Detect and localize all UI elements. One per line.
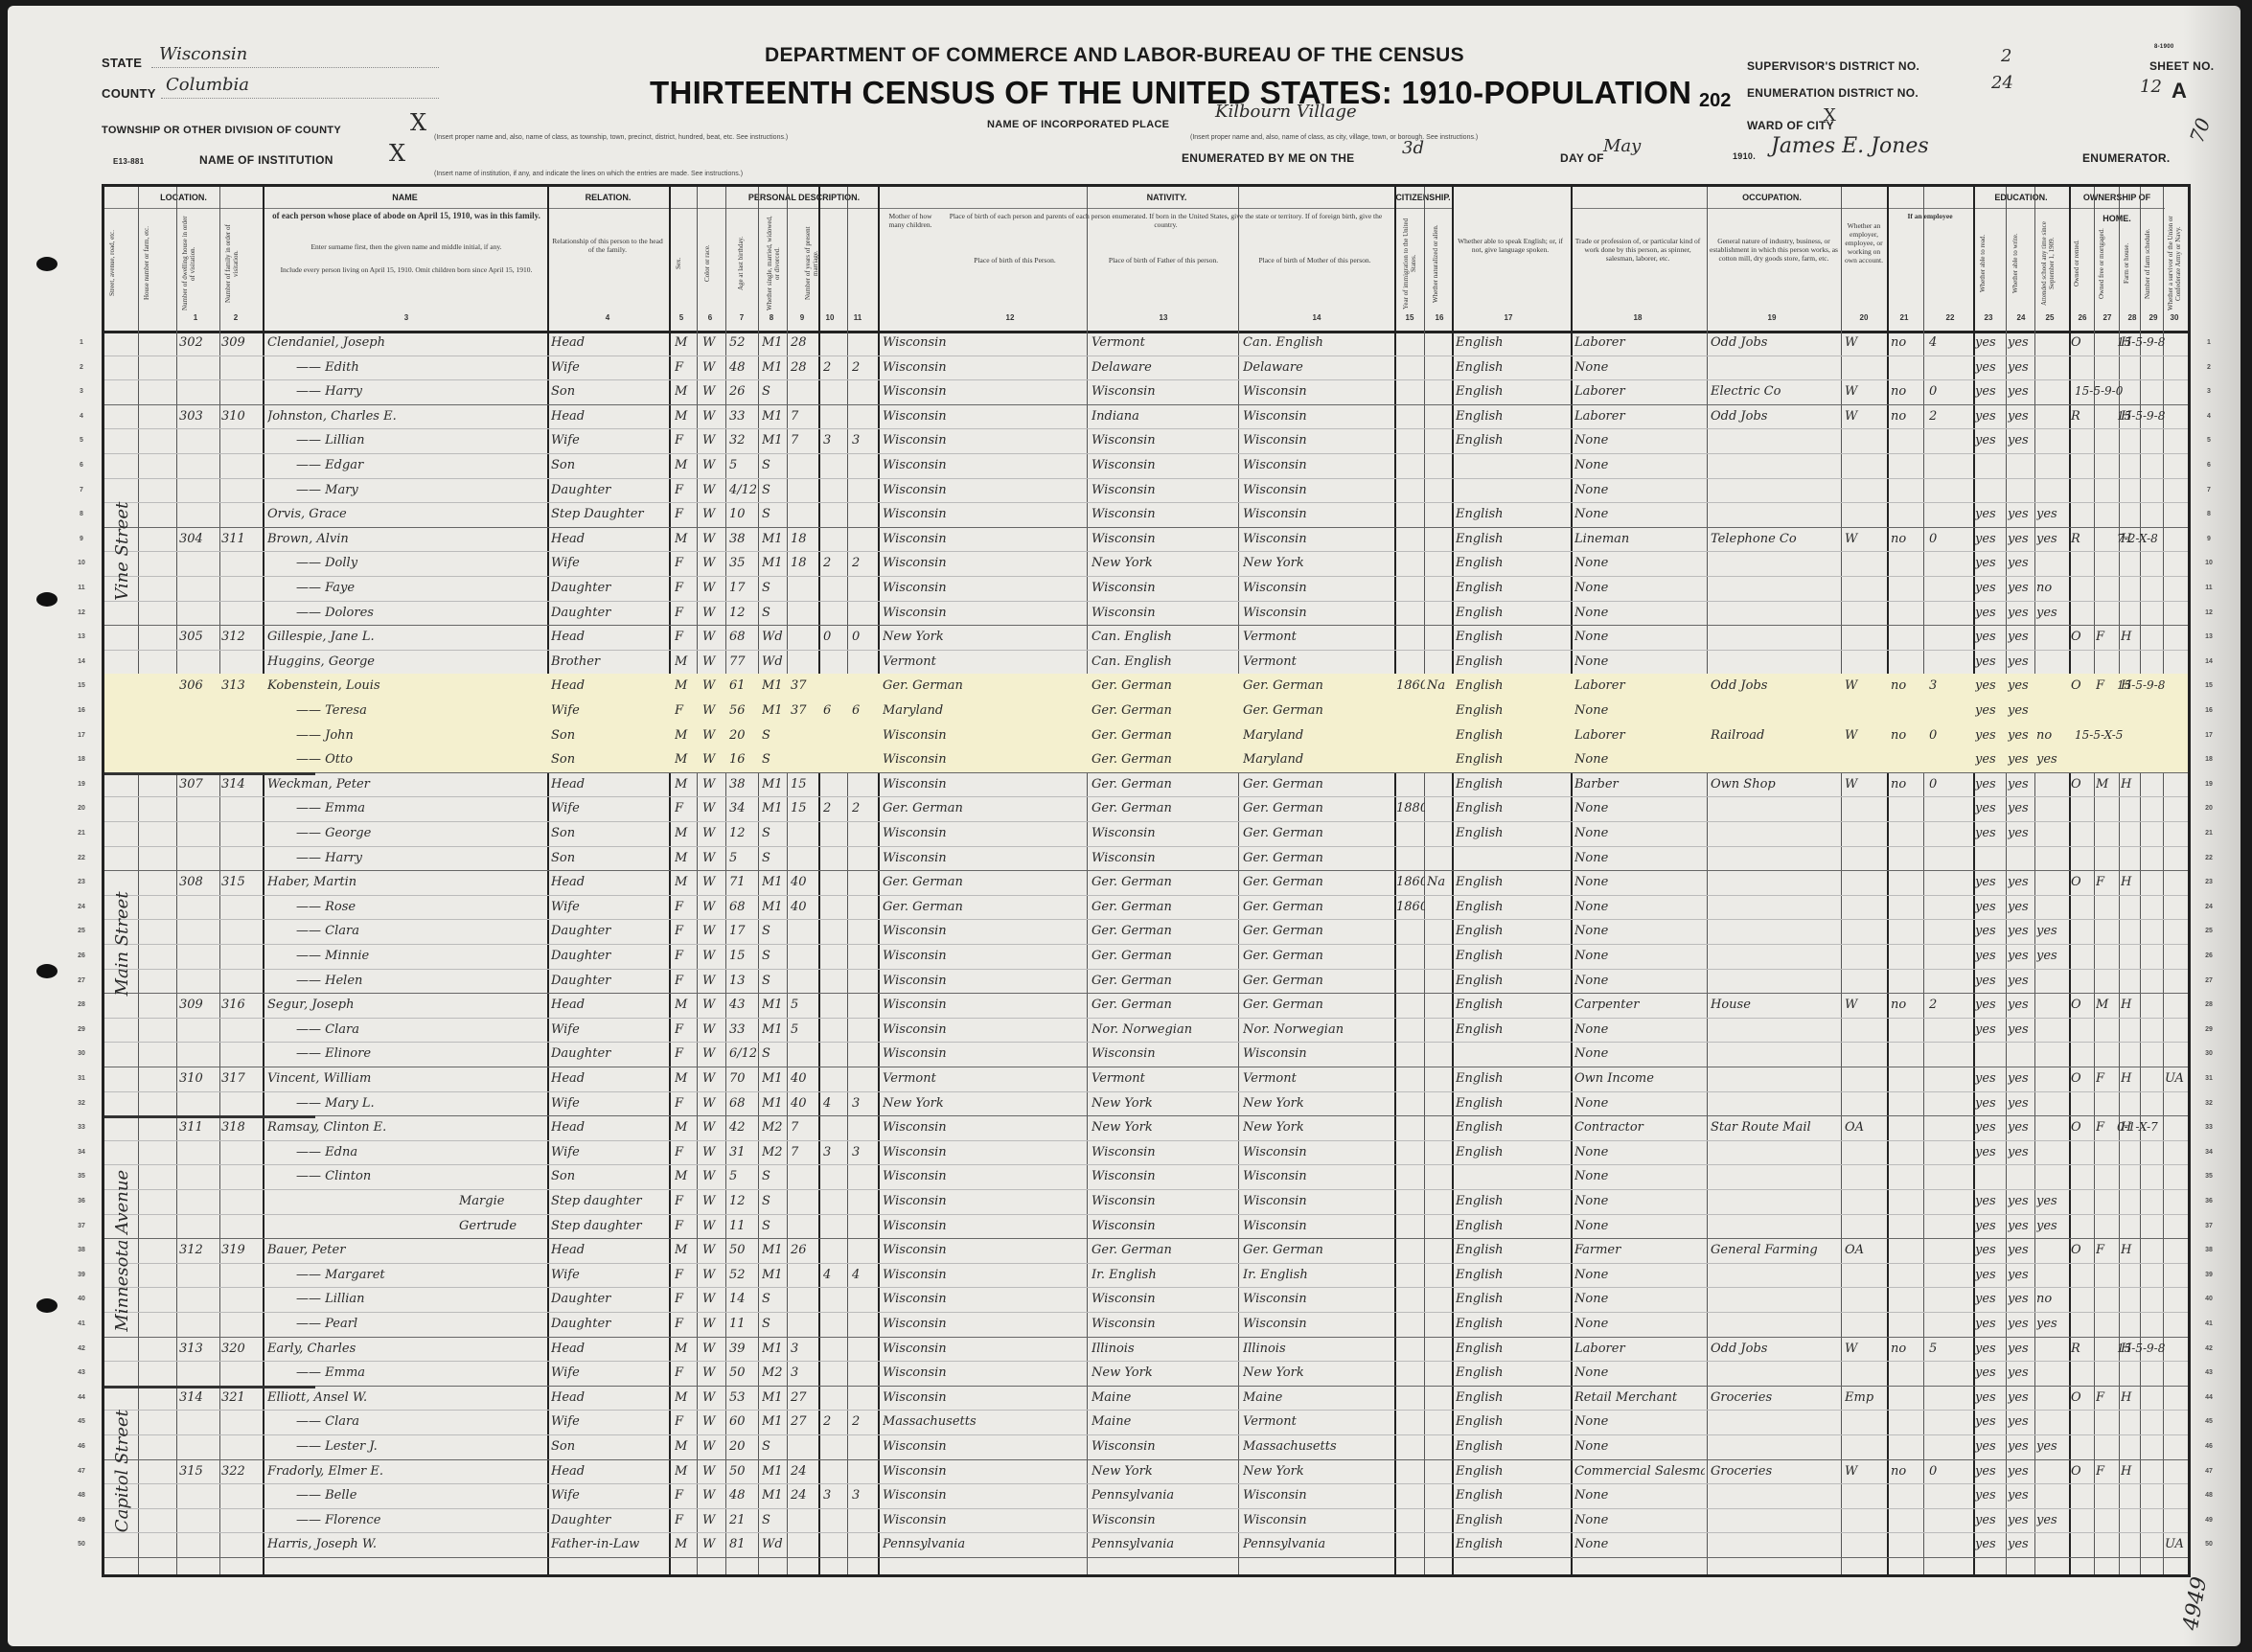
race: W [702,796,722,821]
family-number [221,1042,260,1067]
schedule-number [2075,1361,2151,1386]
can-write: yes [2008,747,2034,772]
family-number: 319 [221,1238,260,1263]
school: yes [2036,502,2067,527]
can-write: yes [2008,821,2034,846]
language: English [1456,919,1569,944]
immigration-year [1396,502,1425,527]
family-number [221,1410,260,1434]
weeks-out: 0 [1929,379,1967,404]
line-number: 23 [72,879,91,885]
marital-status: M1 [762,527,785,552]
birthplace: Wisconsin [883,944,1084,969]
family-number [221,453,260,478]
line-number: 37 [72,1223,91,1229]
out-of-work [1891,1386,1921,1411]
can-write: yes [2008,1434,2034,1459]
children-born [823,1189,844,1214]
family-number: 311 [221,527,260,552]
institution-label: NAME OF INSTITUTION [199,153,333,167]
sex: M [675,1115,694,1140]
can-read: yes [1975,1238,2006,1263]
industry [1711,601,1839,626]
relation: Head [551,1459,666,1484]
father-birthplace: Vermont [1092,1067,1235,1091]
dwelling-number [179,944,216,969]
father-birthplace: Ger. German [1092,969,1235,994]
immigration-year [1396,993,1425,1018]
out-of-work: no [1891,723,1921,748]
family-number: 312 [221,625,260,650]
race: W [702,1386,722,1411]
dwelling-number [179,1361,216,1386]
years-married: 18 [791,551,816,576]
school [2036,478,2067,503]
weeks-out [1929,356,1967,380]
race: W [702,1115,722,1140]
dwelling-number [179,1483,216,1508]
schedule-number [2117,993,2194,1018]
race: W [702,551,722,576]
can-write: yes [2008,796,2034,821]
line-number-right: 8 [2199,511,2218,517]
veteran [2165,428,2192,453]
veteran [2165,551,2192,576]
can-read: yes [1975,404,2006,429]
birthplace: Maryland [883,699,1084,723]
sheet-label: SHEET NO. [2149,59,2214,73]
line-number-right: 43 [2199,1369,2218,1376]
school [2036,1164,2067,1189]
line-number-right: 7 [2199,487,2218,493]
marital-status: S [762,1042,785,1067]
line-number-right: 1 [2199,339,2218,346]
age: 60 [729,1410,756,1434]
immigration-year [1396,699,1425,723]
relation: Daughter [551,1287,666,1312]
table-row: 1313305312Gillespie, Jane L.HeadFW68Wd00… [104,625,2188,651]
sex: F [675,356,694,380]
line-number-right: 20 [2199,805,2218,812]
naturalization [1427,1287,1450,1312]
schedule-number: 7-2-X-8 [2117,527,2194,552]
out-of-work [1891,969,1921,994]
line-number-right: 23 [2199,879,2218,885]
family-number [221,821,260,846]
race: W [702,1238,722,1263]
dwelling-number [179,1164,216,1189]
relation: Son [551,846,666,871]
dwelling-number [179,650,216,675]
person-name: Orvis, Grace [267,502,545,527]
family-number [221,796,260,821]
can-read: yes [1975,356,2006,380]
weeks-out: 5 [1929,1337,1967,1362]
place-value: Kilbourn Village [1215,102,1357,122]
mother-birthplace: Ir. English [1243,1263,1391,1288]
trade: None [1574,576,1705,601]
language: English [1456,1263,1569,1288]
owned-rented: O [2071,772,2092,797]
veteran [2165,846,2192,871]
relation: Daughter [551,1508,666,1533]
free-mortgaged: F [2096,674,2117,699]
family-number: 315 [221,870,260,895]
birthplace: Wisconsin [883,1042,1084,1067]
naturalization [1427,1361,1450,1386]
out-of-work [1891,1361,1921,1386]
person-name: —— Faye [267,576,574,601]
owned-rented: O [2071,1115,2092,1140]
dwelling-number [179,1042,216,1067]
veteran [2165,895,2192,920]
school [2036,772,2067,797]
trade: None [1574,1483,1705,1508]
census-sheet: STATE Wisconsin COUNTY Columbia TOWNSHIP… [8,6,2241,1646]
owned-rented: O [2071,331,2092,356]
industry [1711,919,1839,944]
family-number [221,1483,260,1508]
father-birthplace: Illinois [1092,1337,1235,1362]
immigration-year [1396,1042,1425,1067]
table-row: 22—— EdithWifeFW48M12822WisconsinDelawar… [104,356,2188,381]
owned-rented: R [2071,404,2092,429]
children-born [823,944,844,969]
dwelling-number [179,576,216,601]
industry [1711,1214,1839,1239]
family-number [221,502,260,527]
person-name: Harris, Joseph W. [267,1532,545,1557]
can-write: yes [2008,993,2034,1018]
immigration-year [1396,453,1425,478]
relation: Step Daughter [551,502,666,527]
trade: None [1574,969,1705,994]
ward-label: WARD OF CITY [1747,119,1834,132]
out-of-work: no [1891,1337,1921,1362]
language [1456,1164,1569,1189]
school [2036,993,2067,1018]
mother-birthplace: Ger. German [1243,993,1391,1018]
trade: None [1574,502,1705,527]
schedule-number [2075,551,2151,576]
family-number [221,551,260,576]
industry [1711,650,1839,675]
father-birthplace: Indiana [1092,404,1235,429]
line-number: 4 [72,413,91,420]
children-living [852,1361,873,1386]
birthplace: Wisconsin [883,1018,1084,1043]
children-living: 2 [852,551,873,576]
language: English [1456,895,1569,920]
line-number-right: 38 [2199,1247,2218,1253]
trade: None [1574,601,1705,626]
out-of-work [1891,650,1921,675]
schedule-number: 15-5-9-0 [2075,379,2151,404]
immigration-year [1396,944,1425,969]
weeks-out [1929,601,1967,626]
school: yes [2036,527,2067,552]
birthplace: Wisconsin [883,502,1084,527]
can-write: yes [2008,1189,2034,1214]
birthplace: Wisconsin [883,1483,1084,1508]
schedule-number [2075,601,2151,626]
naturalization [1427,1042,1450,1067]
dwelling-number [179,895,216,920]
out-of-work [1891,453,1921,478]
trade: None [1574,699,1705,723]
children-born [823,747,844,772]
employer-status [1845,1361,1885,1386]
weeks-out [1929,478,1967,503]
years-married: 5 [791,1018,816,1043]
age: 52 [729,1263,756,1288]
children-born [823,846,844,871]
mother-birthplace: Ger. German [1243,1238,1391,1263]
out-of-work: no [1891,1459,1921,1484]
age: 4/12 [729,478,756,503]
table-row: 3939—— MargaretWifeFW52M144WisconsinIr. … [104,1263,2188,1289]
naturalization [1427,576,1450,601]
race: W [702,576,722,601]
naturalization [1427,747,1450,772]
out-of-work [1891,1434,1921,1459]
veteran [2165,699,2192,723]
line-number: 17 [72,732,91,739]
schedule-number [2075,919,2151,944]
dwelling-number [179,1263,216,1288]
weeks-out [1929,1189,1967,1214]
naturalization [1427,1483,1450,1508]
children-born [823,895,844,920]
language: English [1456,1459,1569,1484]
veteran [2165,502,2192,527]
immigration-year [1396,1532,1425,1557]
father-birthplace: Wisconsin [1092,1434,1235,1459]
language: English [1456,527,1569,552]
line-number-right: 21 [2199,830,2218,837]
out-of-work [1891,1508,1921,1533]
employer-status [1845,919,1885,944]
employer-status [1845,747,1885,772]
dwelling-number: 309 [179,993,216,1018]
schedule-number [2117,1459,2194,1484]
line-number: 36 [72,1198,91,1205]
naturalization [1427,1115,1450,1140]
state-label: STATE [102,56,142,70]
schedule-number [2075,1312,2151,1337]
can-read: yes [1975,944,2006,969]
relation: Head [551,674,666,699]
dwelling-number: 313 [179,1337,216,1362]
children-living [852,1189,873,1214]
schedule-number [2117,1386,2194,1411]
table-row: 55—— LillianWifeFW32M1733WisconsinWiscon… [104,428,2188,454]
mother-birthplace: New York [1243,1361,1391,1386]
immigration-year [1396,1164,1425,1189]
weeks-out [1929,944,1967,969]
age: 5 [729,1164,756,1189]
birthplace: Wisconsin [883,428,1084,453]
age: 12 [729,601,756,626]
relation: Wife [551,895,666,920]
years-married [791,1042,816,1067]
table-row: 1717—— JohnSonMW20SWisconsinGer. GermanM… [104,723,2188,749]
immigration-year [1396,919,1425,944]
out-of-work [1891,895,1921,920]
children-living: 6 [852,699,873,723]
family-number: 317 [221,1067,260,1091]
school [2036,1410,2067,1434]
dwelling-number: 305 [179,625,216,650]
trade: None [1574,1018,1705,1043]
schedule-number: 15-5-X-5 [2075,723,2151,748]
sex: M [675,379,694,404]
father-birthplace: New York [1092,1361,1235,1386]
can-read [1975,1164,2006,1189]
can-write: yes [2008,1483,2034,1508]
schedule-number: 15-5-9-8 [2117,331,2194,356]
school: yes [2036,1434,2067,1459]
trade: None [1574,1042,1705,1067]
age: 81 [729,1532,756,1557]
can-write: yes [2008,1238,2034,1263]
street-divider [104,772,315,775]
immigration-year [1396,576,1425,601]
race: W [702,993,722,1018]
birthplace: Wisconsin [883,1140,1084,1165]
naturalization: Na [1427,674,1450,699]
immigration-year [1396,601,1425,626]
naturalization [1427,1091,1450,1116]
age: 33 [729,404,756,429]
father-birthplace: Ger. German [1092,699,1235,723]
table-row: 66—— EdgarSonMW5SWisconsinWisconsinWisco… [104,453,2188,479]
school [2036,356,2067,380]
dwelling-number [179,1508,216,1533]
line-number-right: 18 [2199,756,2218,763]
weeks-out [1929,1508,1967,1533]
birthplace: Ger. German [883,870,1084,895]
age: 21 [729,1508,756,1533]
mother-birthplace: Pennsylvania [1243,1532,1391,1557]
dwelling-number: 312 [179,1238,216,1263]
relation: Son [551,1164,666,1189]
children-born: 2 [823,1410,844,1434]
relation: Son [551,747,666,772]
weeks-out [1929,1042,1967,1067]
employer-status [1845,1287,1885,1312]
children-born [823,969,844,994]
school [2036,1532,2067,1557]
table-row: 4949—— FlorenceDaughterFW21SWisconsinWis… [104,1508,2188,1534]
father-birthplace: Maine [1092,1410,1235,1434]
family-number [221,1140,260,1165]
children-born [823,674,844,699]
person-name: —— Margaret [267,1263,574,1288]
line-number: 10 [72,560,91,566]
industry [1711,1483,1839,1508]
line-number: 39 [72,1272,91,1278]
marital-status: S [762,846,785,871]
dwelling-number [179,478,216,503]
immigration-year [1396,1214,1425,1239]
trade: Laborer [1574,404,1705,429]
trade: None [1574,1361,1705,1386]
father-birthplace: Ger. German [1092,674,1235,699]
industry [1711,551,1839,576]
enumerated-label: ENUMERATED BY ME ON THE [1182,151,1354,165]
table-row: 4040—— LillianDaughterFW14SWisconsinWisc… [104,1287,2188,1313]
dwelling-number [179,1410,216,1434]
owned-rented: R [2071,1337,2092,1362]
birthplace: Wisconsin [883,747,1084,772]
dwelling-number [179,356,216,380]
age: 10 [729,502,756,527]
can-read: yes [1975,1140,2006,1165]
children-born: 0 [823,625,844,650]
mother-birthplace: Delaware [1243,356,1391,380]
children-living [852,919,873,944]
father-birthplace: Wisconsin [1092,821,1235,846]
weeks-out [1929,453,1967,478]
line-number-right: 41 [2199,1320,2218,1327]
can-write [2008,1164,2034,1189]
employer-status: W [1845,993,1885,1018]
children-born [823,1508,844,1533]
can-read: yes [1975,772,2006,797]
children-living: 0 [852,625,873,650]
school [2036,379,2067,404]
relation: Son [551,723,666,748]
can-write: yes [2008,1361,2034,1386]
line-number-right: 11 [2199,585,2218,591]
line-number-right: 17 [2199,732,2218,739]
years-married [791,1263,816,1288]
veteran [2165,919,2192,944]
schedule-number [2075,1483,2151,1508]
race: W [702,1410,722,1434]
race: W [702,772,722,797]
family-number [221,1312,260,1337]
trade: None [1574,1164,1705,1189]
out-of-work [1891,1287,1921,1312]
race: W [702,821,722,846]
schedule-number [2117,625,2194,650]
age: 48 [729,1483,756,1508]
line-number-right: 4 [2199,413,2218,420]
father-birthplace: Ger. German [1092,870,1235,895]
language: English [1456,331,1569,356]
children-born [823,772,844,797]
person-name: —— Helen [267,969,574,994]
line-number: 41 [72,1320,91,1327]
dwelling-number [179,453,216,478]
out-of-work [1891,576,1921,601]
race: W [702,502,722,527]
mother-birthplace: Wisconsin [1243,502,1391,527]
table-row: 2222—— HarrySonMW5SWisconsinWisconsinGer… [104,846,2188,872]
table-row: 2020—— EmmaWifeFW34M11522Ger. GermanGer.… [104,796,2188,822]
person-name: Vincent, William [267,1067,545,1091]
schedule-number [2075,1532,2151,1557]
industry [1711,576,1839,601]
margin-note: 70 [2185,115,2215,146]
children-living: 2 [852,1410,873,1434]
years-married [791,601,816,626]
children-living [852,379,873,404]
free-mortgaged: F [2096,1238,2117,1263]
veteran [2165,969,2192,994]
